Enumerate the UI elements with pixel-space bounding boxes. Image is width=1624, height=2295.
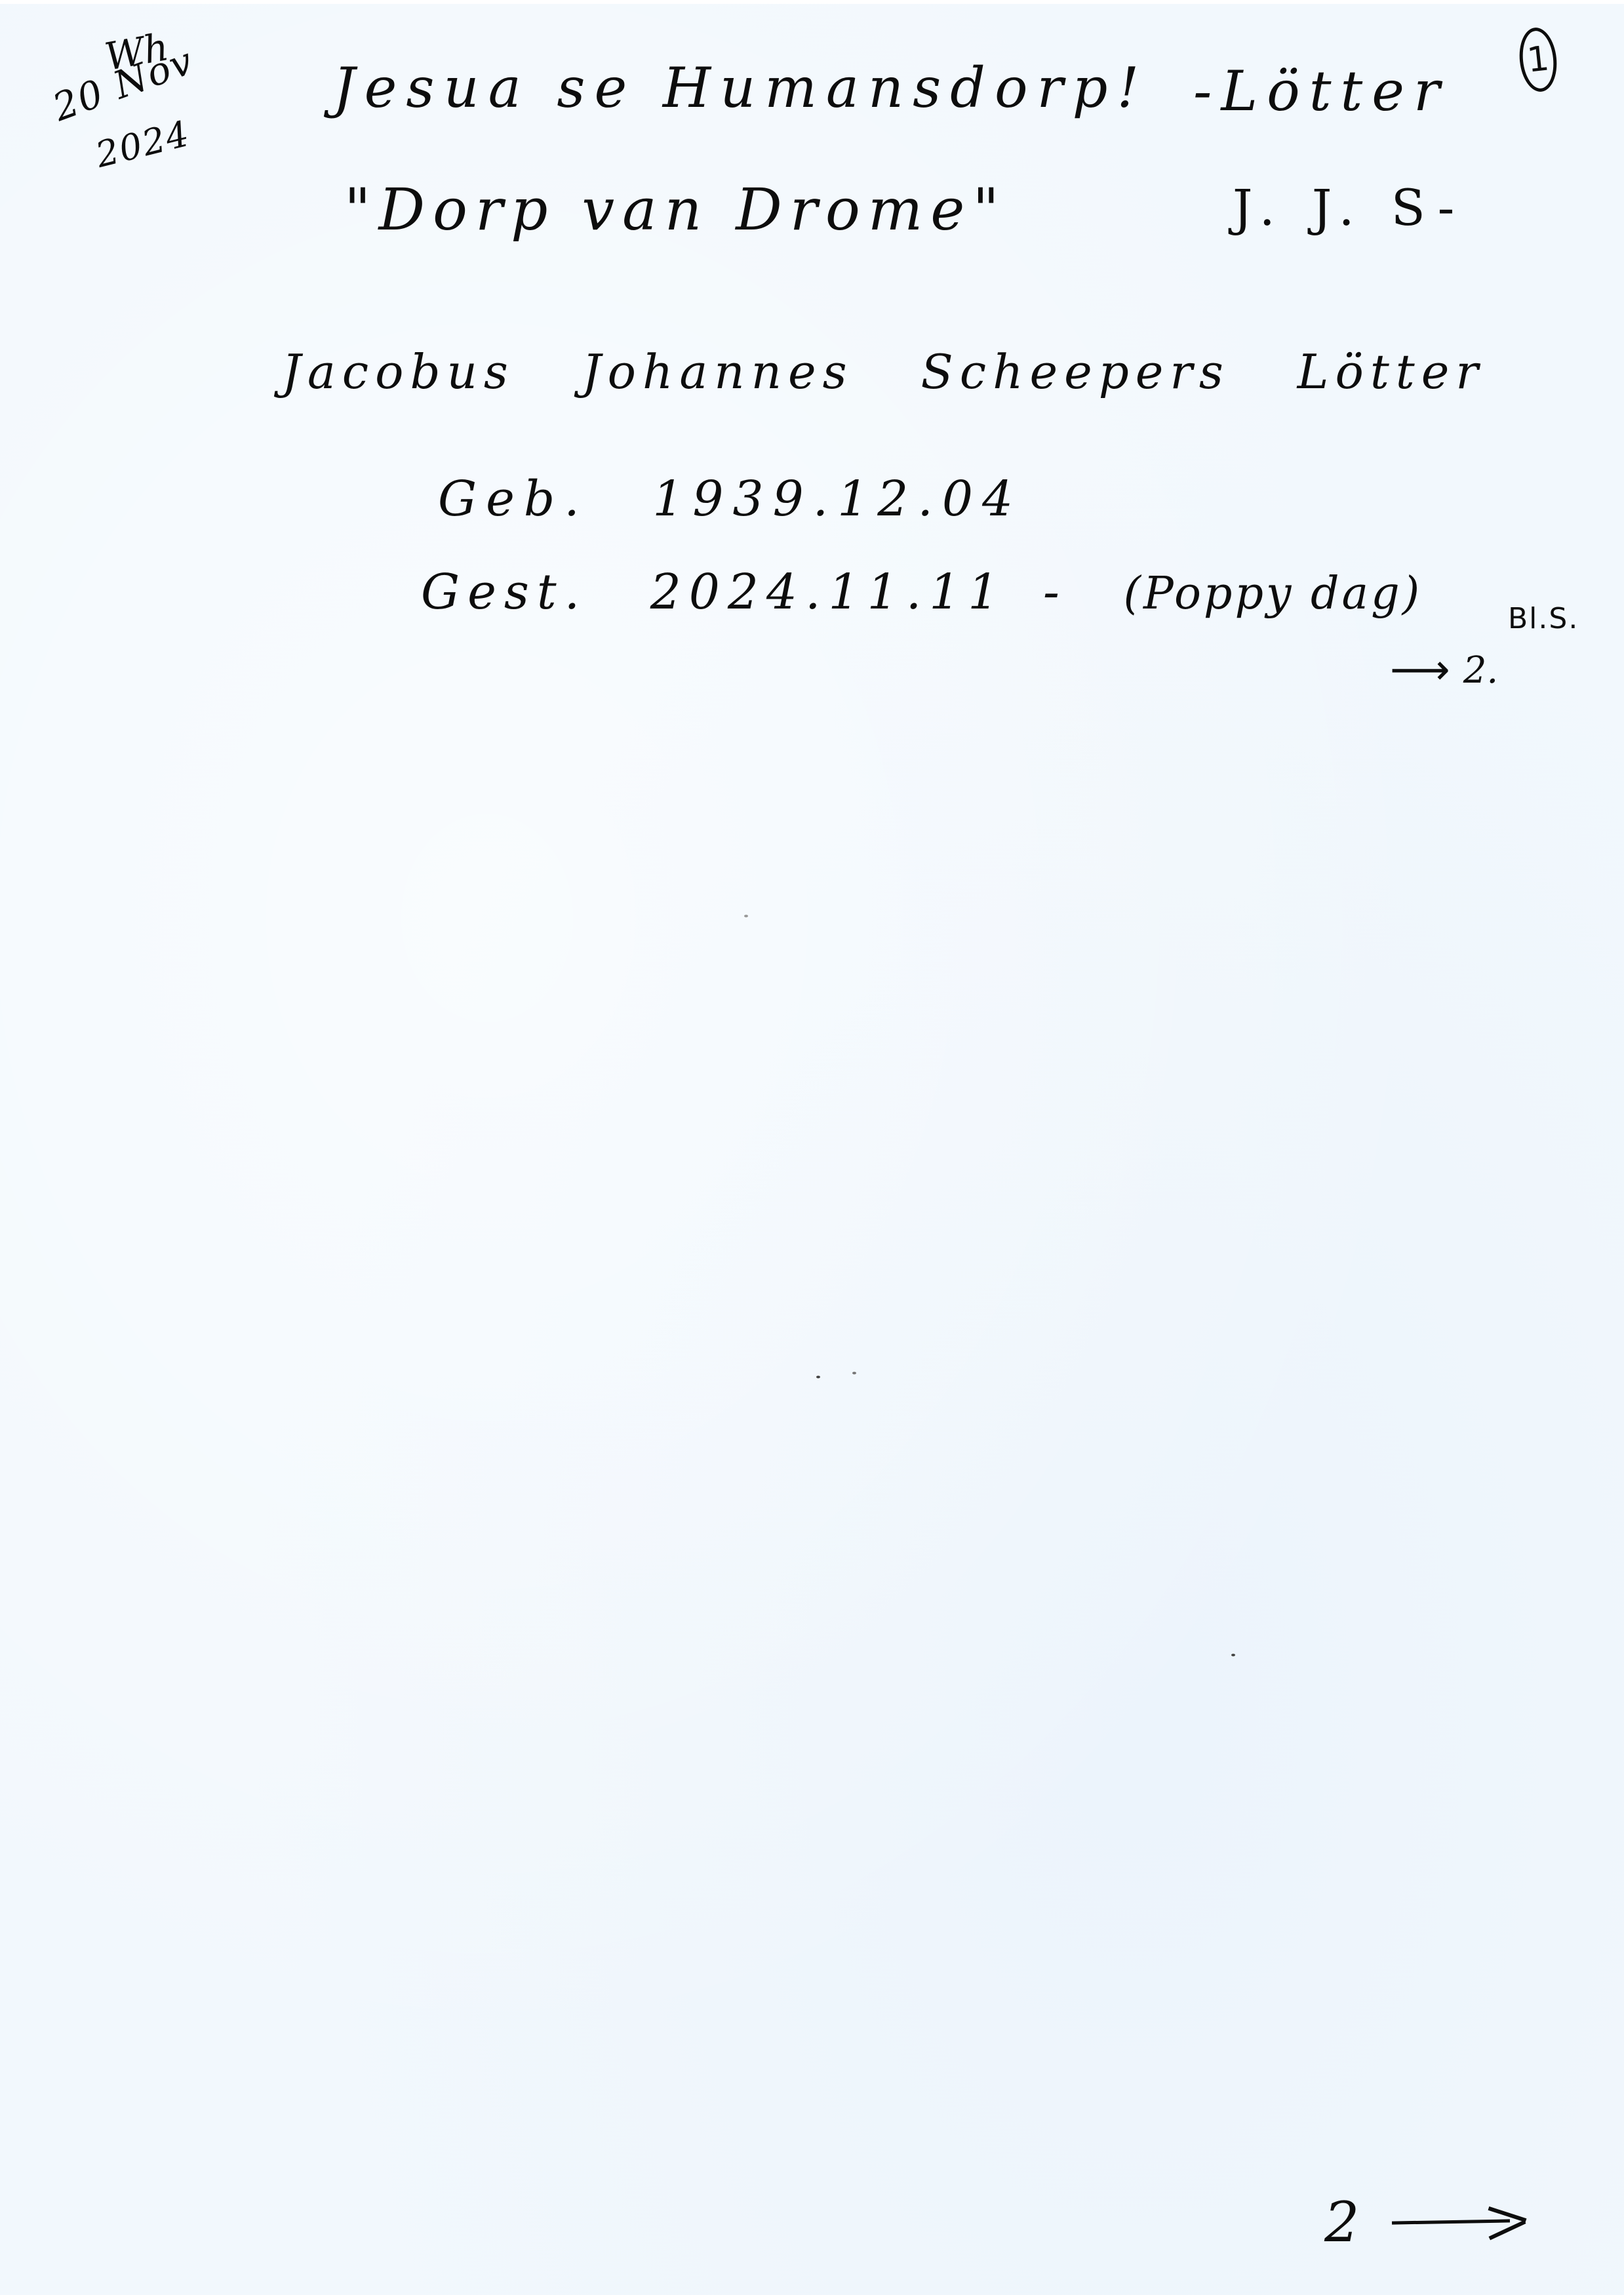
died-label: Gest. bbox=[421, 564, 587, 620]
born-date: 1939.12.04 bbox=[652, 471, 1022, 527]
full-name-surname: Lötter bbox=[1297, 344, 1485, 399]
full-name: Jacobus Johannes Scheepers Lötter bbox=[282, 344, 1485, 399]
full-name-second: Johannes bbox=[582, 344, 854, 399]
right-arrow-icon bbox=[1392, 2206, 1530, 2239]
page-number: 1 bbox=[1525, 39, 1551, 80]
died-separator: - bbox=[1043, 564, 1067, 620]
reference-target: 2. bbox=[1463, 649, 1498, 692]
title-line-2: "Dorp van Drome" bbox=[344, 176, 1007, 243]
died-date: 2024.11.11 bbox=[650, 564, 1007, 620]
full-name-third: Scheepers bbox=[921, 344, 1229, 399]
born-line: Geb. 1939.12.04 bbox=[438, 471, 1022, 527]
right-arrow-icon: ⟶ bbox=[1390, 646, 1450, 694]
reference-pointer: ⟶ 2. bbox=[1390, 646, 1498, 694]
stamp-date-year: 2024 bbox=[92, 113, 194, 176]
next-page-number: 2 bbox=[1324, 2190, 1359, 2254]
died-note: (Poppy dag) bbox=[1123, 568, 1422, 620]
scan-speck bbox=[744, 915, 748, 917]
born-label: Geb. bbox=[438, 471, 589, 527]
continue-indicator: 2 bbox=[1324, 2190, 1530, 2254]
died-line: Gest. 2024.11.11 - (Poppy dag) bbox=[421, 564, 1422, 620]
scan-speck bbox=[816, 1376, 820, 1378]
title-line-1: Jesua se Humansdorp! bbox=[333, 56, 1148, 120]
full-name-first: Jacobus bbox=[282, 344, 515, 399]
reference-label: Bl.S. bbox=[1508, 602, 1579, 635]
page-number-badge: 1 bbox=[1516, 26, 1560, 93]
scan-edge bbox=[0, 0, 1624, 4]
author-surname: -Lötter bbox=[1193, 59, 1449, 123]
scan-speck bbox=[852, 1372, 856, 1374]
scan-speck bbox=[1231, 1654, 1235, 1656]
scanned-page: Wh 20 Nov 2024 Jesua se Humansdorp! "Dor… bbox=[0, 0, 1624, 2295]
author-initials: J. J. S- bbox=[1233, 178, 1465, 237]
